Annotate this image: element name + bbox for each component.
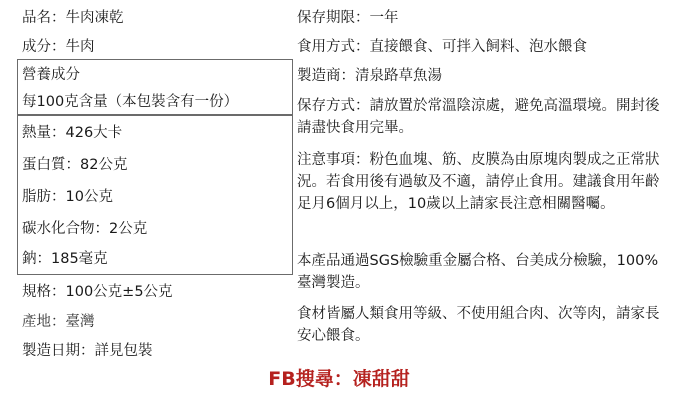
nutrition-row-carbs: 碳水化合物：2公克 xyxy=(22,220,147,238)
origin: 產地：臺灣 xyxy=(22,313,95,331)
manufacture-date: 製造日期：詳見包裝 xyxy=(22,342,153,360)
product-name: 品名：牛肉凍乾 xyxy=(22,9,124,27)
ingredient-grade: 食材皆屬人類食用等級、不使用組合肉、次等肉，請家長安心餵食。 xyxy=(297,303,662,347)
nutrition-row-protein: 蛋白質：82公克 xyxy=(22,156,127,174)
storage-instructions: 保存方式：請放置於常溫陰涼處，避免高溫環境。開封後請盡快食用完畢。 xyxy=(297,95,662,139)
nutrition-row-fat: 脂肪：10公克 xyxy=(22,188,113,206)
nutrition-row-sodium: 鈉：185毫克 xyxy=(22,250,108,268)
nutrition-per-serving: 每100克含量（本包裝含有一份） xyxy=(22,93,238,111)
nutrition-row-calories: 熱量：426大卡 xyxy=(22,124,122,142)
manufacturer: 製造商：清泉路草魚湯 xyxy=(297,67,442,85)
fb-search-text: FB搜尋：凍甜甜 xyxy=(0,367,678,391)
usage: 食用方式：直接餵食、可拌入飼料、泡水餵食 xyxy=(297,38,587,56)
shelf-life: 保存期限：一年 xyxy=(297,9,399,27)
spec: 規格：100公克±5公克 xyxy=(22,283,173,301)
nutrition-title: 營養成分 xyxy=(22,66,80,84)
ingredients: 成分：牛肉 xyxy=(22,38,95,56)
notes: 注意事項：粉色血塊、筋、皮膜為由原塊肉製成之正常狀況。若食用後有過敏及不適，請停… xyxy=(297,149,662,215)
sgs-certification: 本產品通過SGS檢驗重金屬合格、台美成分檢驗，100%臺灣製造。 xyxy=(297,250,662,294)
